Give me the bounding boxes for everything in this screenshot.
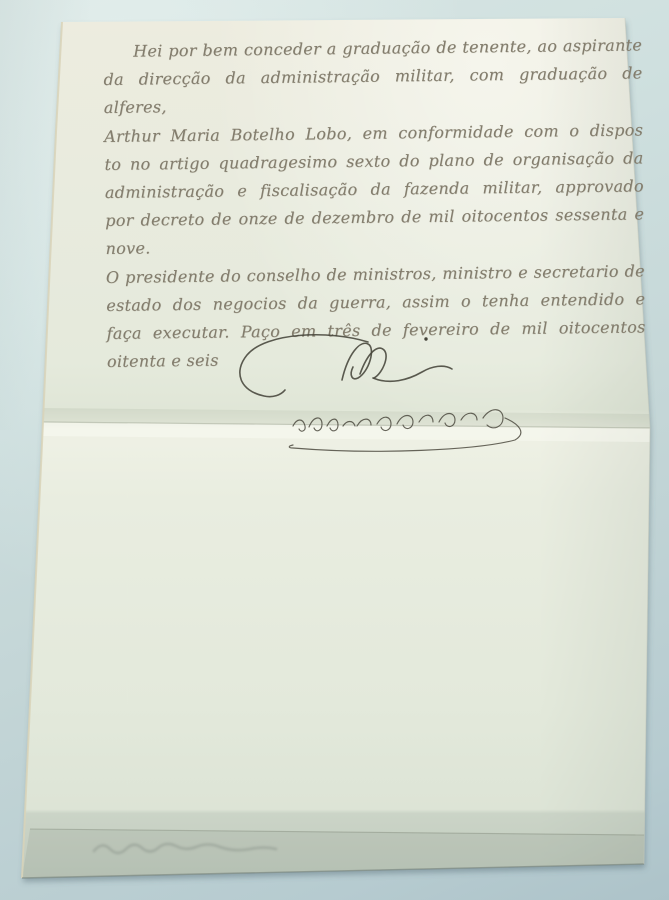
manuscript-text-block: Hei por bem conceder a graduação de tene… [103, 31, 646, 376]
photo-backdrop: Hei por bem conceder a graduação de tene… [0, 0, 669, 900]
minister-signature [285, 398, 567, 458]
ghost-ink-impression [90, 836, 300, 862]
manuscript-line: por decreto de onze de dezembro de mil o… [105, 201, 645, 264]
manuscript-line: da direcção da administração militar, co… [103, 60, 643, 123]
royal-rubric-signature [230, 328, 458, 404]
